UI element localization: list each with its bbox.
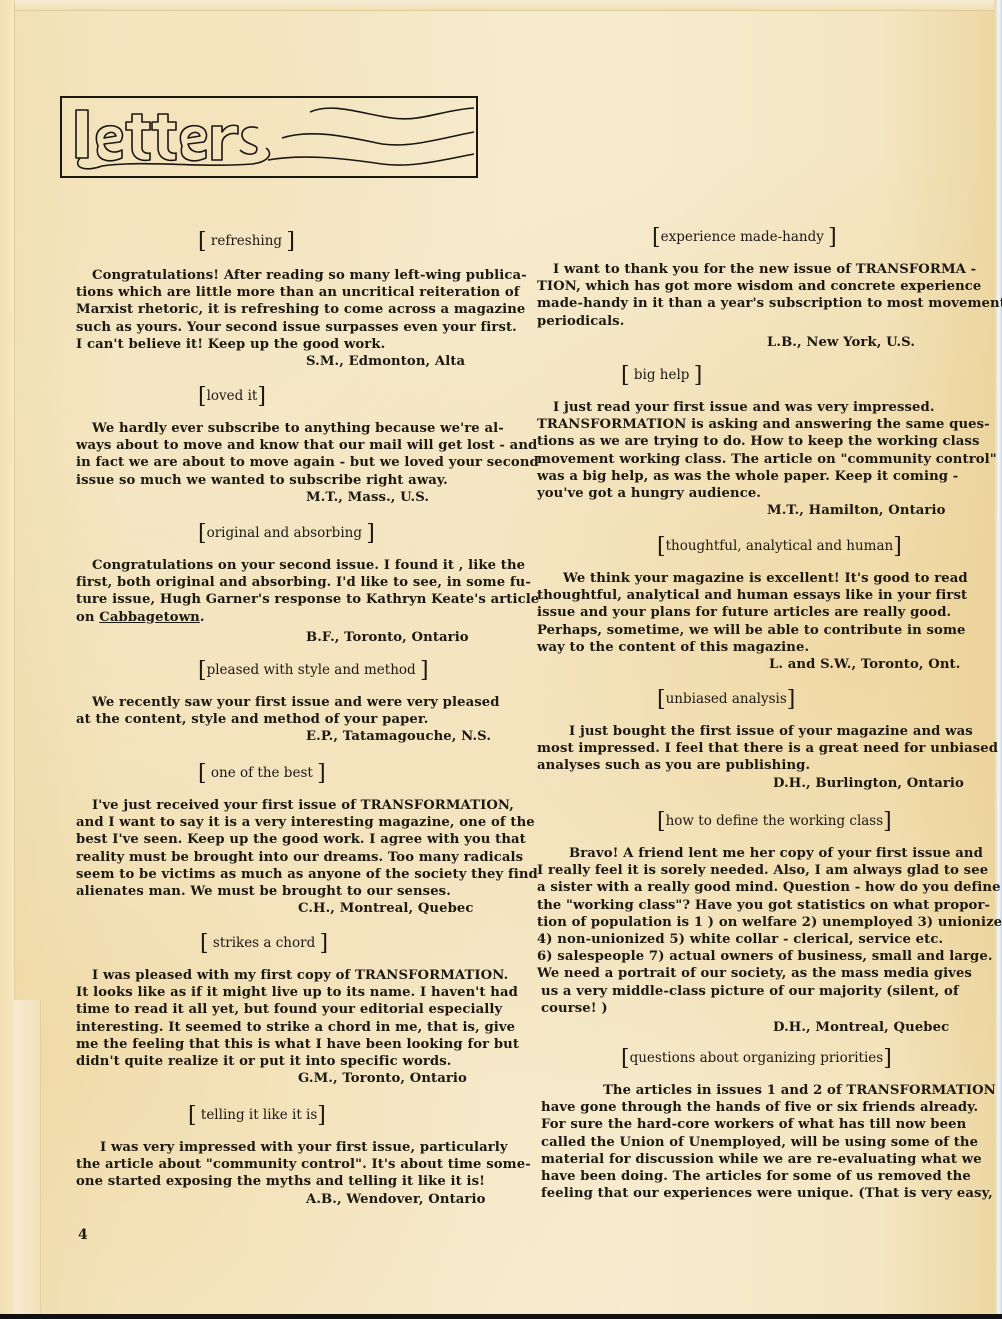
letter-heading: [thoughtful, analytical and human]	[537, 537, 967, 556]
page-number: 4	[78, 1227, 88, 1243]
letter-heading: [ one of the best ]	[76, 764, 496, 783]
paper-underlying-sheet	[14, 1000, 41, 1319]
letter-heading: [ telling it like it is]	[76, 1106, 496, 1125]
letter-body: I was very impressed with your first iss…	[76, 1139, 496, 1208]
letter-heading: [ refreshing ]	[76, 232, 496, 251]
letter-body: The articles in issues 1 and 2 of TRANSF…	[537, 1082, 967, 1202]
paper-left-edge	[0, 0, 15, 1319]
letter-body: I just read your first issue and was ver…	[537, 399, 967, 519]
cabbagetown-title: Cabbagetown	[99, 610, 200, 625]
letter-body: I was pleased with my first copy of TRAN…	[76, 967, 496, 1087]
letter-body: We think your magazine is excellent! It'…	[537, 570, 967, 673]
letter-signature: D.H., Montreal, Quebec	[537, 1019, 967, 1036]
letter-heading: [unbiased analysis]	[537, 690, 967, 709]
letter-how-to-define-working-class: [how to define the working class] Bravo!…	[537, 812, 967, 1036]
letter-unbiased-analysis: [unbiased analysis] I just bought the fi…	[537, 690, 967, 792]
letter-refreshing: [ refreshing ] Congratulations! After re…	[76, 232, 496, 370]
letter-heading: [loved it]	[76, 387, 496, 406]
letter-signature: L. and S.W., Toronto, Ont.	[537, 656, 967, 673]
letter-pleased-with-style: [pleased with style and method ] We rece…	[76, 661, 496, 746]
letter-body: Congratulations! After reading so many l…	[76, 267, 496, 370]
letter-one-of-the-best: [ one of the best ] I've just received y…	[76, 764, 496, 917]
letter-heading: [experience made-handy ]	[537, 228, 967, 247]
letter-heading: [pleased with style and method ]	[76, 661, 496, 680]
letter-signature: M.T., Mass., U.S.	[76, 489, 496, 506]
letter-body: We recently saw your first issue and wer…	[76, 694, 496, 746]
letter-signature: C.H., Montreal, Quebec	[76, 900, 496, 917]
letter-signature: E.P., Tatamagouche, N.S.	[76, 728, 496, 745]
letter-loved-it: [loved it] We hardly ever subscribe to a…	[76, 387, 496, 506]
paper-top-edge	[14, 0, 1002, 11]
letter-heading: [original and absorbing ]	[76, 524, 496, 543]
letter-heading: [questions about organizing priorities]	[537, 1049, 967, 1068]
letters-banner: Letters	[60, 96, 478, 178]
letter-body: I just bought the first issue of your ma…	[537, 723, 967, 792]
letter-signature: G.M., Toronto, Ontario	[76, 1070, 496, 1087]
letter-original-and-absorbing: [original and absorbing ] Congratulation…	[76, 524, 496, 646]
letter-body: Congratulations on your second issue. I …	[76, 557, 496, 646]
letter-questions-about-organizing: [questions about organizing priorities] …	[537, 1049, 967, 1202]
letter-experience-made-handy: [experience made-handy ] I want to thank…	[537, 228, 967, 351]
letter-heading: [ strikes a chord ]	[76, 934, 496, 953]
paper-right-edge	[994, 0, 1002, 1319]
letter-signature: D.H., Burlington, Ontario	[537, 775, 967, 792]
letter-signature: L.B., New York, U.S.	[537, 334, 967, 351]
letter-body: Bravo! A friend lent me her copy of your…	[537, 845, 967, 1036]
letter-signature: A.B., Wendover, Ontario	[76, 1191, 496, 1208]
letter-strikes-a-chord: [ strikes a chord ] I was pleased with m…	[76, 934, 496, 1087]
scan-bottom-border	[0, 1314, 1002, 1319]
letter-thoughtful-analytical-human: [thoughtful, analytical and human] We th…	[537, 537, 967, 673]
letter-body: I've just received your first issue of T…	[76, 797, 496, 917]
letter-signature: S.M., Edmonton, Alta	[76, 353, 496, 370]
letter-body: We hardly ever subscribe to anything bec…	[76, 420, 496, 506]
letter-body: I want to thank you for the new issue of…	[537, 261, 967, 351]
letter-signature: M.T., Hamilton, Ontario	[537, 502, 967, 519]
letter-big-help: [ big help ] I just read your first issu…	[537, 366, 967, 519]
letter-signature: B.F., Toronto, Ontario	[76, 629, 496, 646]
letter-heading: [ big help ]	[537, 366, 967, 385]
letter-telling-it-like-it-is: [ telling it like it is] I was very impr…	[76, 1106, 496, 1208]
letter-heading: [how to define the working class]	[537, 812, 967, 831]
letters-logo-icon: Letters	[62, 98, 476, 176]
